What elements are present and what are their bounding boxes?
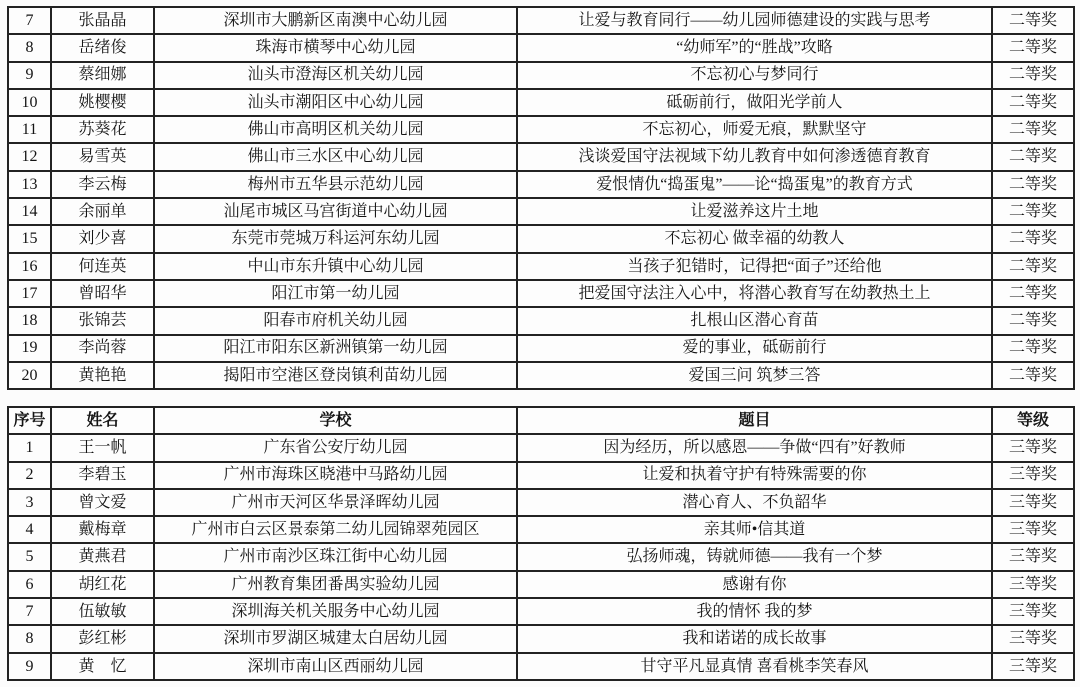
cell-no: 13	[8, 171, 51, 198]
table-row: 1 王一帆 广东省公安厅幼儿园 因为经历，所以感恩——争做“四有”好教师 三等奖	[8, 434, 1074, 461]
cell-no: 12	[8, 143, 51, 170]
cell-no: 9	[8, 653, 51, 680]
cell-no: 10	[8, 89, 51, 116]
cell-name: 胡红花	[51, 571, 154, 598]
third-prize-table: 序号 姓名 学校 题目 等级 1 王一帆 广东省公安厅幼儿园 因为经历，所以感恩…	[7, 406, 1075, 681]
cell-no: 8	[8, 34, 51, 61]
cell-award: 二等奖	[992, 253, 1074, 280]
cell-no: 19	[8, 335, 51, 362]
cell-school: 深圳市大鹏新区南澳中心幼儿园	[154, 7, 517, 34]
cell-school: 广州教育集团番禺实验幼儿园	[154, 571, 517, 598]
cell-award: 二等奖	[992, 198, 1074, 225]
cell-school: 佛山市三水区中心幼儿园	[154, 143, 517, 170]
header-cell-award: 等级	[992, 407, 1074, 434]
cell-title: 我和诺诺的成长故事	[517, 625, 992, 652]
cell-award: 三等奖	[992, 653, 1074, 680]
cell-title: 爱国三问 筑梦三答	[517, 362, 992, 389]
cell-name: 伍敏敏	[51, 598, 154, 625]
cell-school: 深圳海关机关服务中心幼儿园	[154, 598, 517, 625]
table-row: 8 岳绪俊 珠海市横琴中心幼儿园 “幼师军”的“胜战”攻略 二等奖	[8, 34, 1074, 61]
cell-school: 汕头市澄海区机关幼儿园	[154, 62, 517, 89]
cell-title: 让爱滋养这片土地	[517, 198, 992, 225]
header-cell-title: 题目	[517, 407, 992, 434]
cell-title: 让爱与教育同行——幼儿园师德建设的实践与思考	[517, 7, 992, 34]
cell-school: 深圳市南山区西丽幼儿园	[154, 653, 517, 680]
cell-name: 蔡细娜	[51, 62, 154, 89]
cell-school: 广东省公安厅幼儿园	[154, 434, 517, 461]
cell-title: 不忘初心与梦同行	[517, 62, 992, 89]
table-row: 15 刘少喜 东莞市莞城万科运河东幼儿园 不忘初心 做幸福的幼教人 二等奖	[8, 225, 1074, 252]
cell-no: 4	[8, 516, 51, 543]
cell-title: 感谢有你	[517, 571, 992, 598]
cell-school: 中山市东升镇中心幼儿园	[154, 253, 517, 280]
cell-title: 我的情怀 我的梦	[517, 598, 992, 625]
cell-no: 9	[8, 62, 51, 89]
table-row: 13 李云梅 梅州市五华县示范幼儿园 爱恨情仇“捣蛋鬼”——论“捣蛋鬼”的教育方…	[8, 171, 1074, 198]
cell-title: 当孩子犯错时，记得把“面子”还给他	[517, 253, 992, 280]
cell-award: 二等奖	[992, 171, 1074, 198]
cell-award: 二等奖	[992, 89, 1074, 116]
cell-school: 广州市海珠区晓港中马路幼儿园	[154, 462, 517, 489]
cell-title: 亲其师•信其道	[517, 516, 992, 543]
cell-no: 8	[8, 625, 51, 652]
table-row: 9 蔡细娜 汕头市澄海区机关幼儿园 不忘初心与梦同行 二等奖	[8, 62, 1074, 89]
table-row: 18 张锦芸 阳春市府机关幼儿园 扎根山区潜心育苗 二等奖	[8, 307, 1074, 334]
cell-name: 黄燕君	[51, 543, 154, 570]
cell-name: 刘少喜	[51, 225, 154, 252]
cell-name: 余丽单	[51, 198, 154, 225]
header-cell-no: 序号	[8, 407, 51, 434]
cell-title: 甘守平凡显真情 喜看桃李笑春风	[517, 653, 992, 680]
cell-school: 广州市白云区景泰第二幼儿园锦翠苑园区	[154, 516, 517, 543]
cell-school: 广州市南沙区珠江街中心幼儿园	[154, 543, 517, 570]
cell-award: 三等奖	[992, 543, 1074, 570]
cell-title: 因为经历，所以感恩——争做“四有”好教师	[517, 434, 992, 461]
cell-school: 阳江市第一幼儿园	[154, 280, 517, 307]
table-row: 11 苏葵花 佛山市高明区机关幼儿园 不忘初心，师爱无痕，默默坚守 二等奖	[8, 116, 1074, 143]
table-row: 3 曾文爱 广州市天河区华景泽晖幼儿园 潜心育人、不负韶华 三等奖	[8, 489, 1074, 516]
cell-no: 1	[8, 434, 51, 461]
cell-title: 爱恨情仇“捣蛋鬼”——论“捣蛋鬼”的教育方式	[517, 171, 992, 198]
cell-school: 佛山市高明区机关幼儿园	[154, 116, 517, 143]
cell-name: 王一帆	[51, 434, 154, 461]
cell-award: 三等奖	[992, 489, 1074, 516]
cell-no: 3	[8, 489, 51, 516]
cell-award: 二等奖	[992, 225, 1074, 252]
cell-name: 何连英	[51, 253, 154, 280]
cell-name: 彭红彬	[51, 625, 154, 652]
cell-no: 14	[8, 198, 51, 225]
cell-name: 黄艳艳	[51, 362, 154, 389]
cell-school: 阳江市阳东区新洲镇第一幼儿园	[154, 335, 517, 362]
table-row: 4 戴梅章 广州市白云区景泰第二幼儿园锦翠苑园区 亲其师•信其道 三等奖	[8, 516, 1074, 543]
cell-award: 二等奖	[992, 7, 1074, 34]
cell-name: 李尚蓉	[51, 335, 154, 362]
cell-title: 浅谈爱国守法视域下幼儿教育中如何渗透德育教育	[517, 143, 992, 170]
table-row: 10 姚樱樱 汕头市潮阳区中心幼儿园 砥砺前行，做阳光学前人 二等奖	[8, 89, 1074, 116]
cell-school: 深圳市罗湖区城建太白居幼儿园	[154, 625, 517, 652]
cell-award: 三等奖	[992, 516, 1074, 543]
cell-no: 7	[8, 598, 51, 625]
cell-no: 7	[8, 7, 51, 34]
cell-name: 李云梅	[51, 171, 154, 198]
cell-award: 二等奖	[992, 307, 1074, 334]
cell-title: 弘扬师魂，铸就师德——我有一个梦	[517, 543, 992, 570]
cell-name: 张锦芸	[51, 307, 154, 334]
cell-award: 三等奖	[992, 462, 1074, 489]
cell-no: 11	[8, 116, 51, 143]
cell-title: 潜心育人、不负韶华	[517, 489, 992, 516]
cell-name: 姚樱樱	[51, 89, 154, 116]
cell-title: 让爱和执着守护有特殊需要的你	[517, 462, 992, 489]
table-row: 7 伍敏敏 深圳海关机关服务中心幼儿园 我的情怀 我的梦 三等奖	[8, 598, 1074, 625]
table-row: 16 何连英 中山市东升镇中心幼儿园 当孩子犯错时，记得把“面子”还给他 二等奖	[8, 253, 1074, 280]
cell-school: 汕尾市城区马宫街道中心幼儿园	[154, 198, 517, 225]
cell-name: 曾昭华	[51, 280, 154, 307]
table-row: 9 黄 忆 深圳市南山区西丽幼儿园 甘守平凡显真情 喜看桃李笑春风 三等奖	[8, 653, 1074, 680]
table-row: 2 李碧玉 广州市海珠区晓港中马路幼儿园 让爱和执着守护有特殊需要的你 三等奖	[8, 462, 1074, 489]
table-row: 14 余丽单 汕尾市城区马宫街道中心幼儿园 让爱滋养这片土地 二等奖	[8, 198, 1074, 225]
cell-no: 5	[8, 543, 51, 570]
cell-school: 珠海市横琴中心幼儿园	[154, 34, 517, 61]
cell-no: 6	[8, 571, 51, 598]
cell-school: 广州市天河区华景泽晖幼儿园	[154, 489, 517, 516]
cell-school: 汕头市潮阳区中心幼儿园	[154, 89, 517, 116]
third-prize-table-header: 序号 姓名 学校 题目 等级	[8, 407, 1074, 434]
cell-no: 18	[8, 307, 51, 334]
cell-school: 梅州市五华县示范幼儿园	[154, 171, 517, 198]
cell-award: 二等奖	[992, 335, 1074, 362]
cell-award: 二等奖	[992, 116, 1074, 143]
cell-title: 砥砺前行，做阳光学前人	[517, 89, 992, 116]
cell-name: 岳绪俊	[51, 34, 154, 61]
cell-award: 二等奖	[992, 62, 1074, 89]
third-prize-table-body: 1 王一帆 广东省公安厅幼儿园 因为经历，所以感恩——争做“四有”好教师 三等奖…	[8, 434, 1074, 680]
table-row: 19 李尚蓉 阳江市阳东区新洲镇第一幼儿园 爱的事业，砥砺前行 二等奖	[8, 335, 1074, 362]
cell-award: 二等奖	[992, 280, 1074, 307]
cell-award: 三等奖	[992, 571, 1074, 598]
cell-award: 三等奖	[992, 598, 1074, 625]
header-cell-school: 学校	[154, 407, 517, 434]
cell-school: 阳春市府机关幼儿园	[154, 307, 517, 334]
cell-name: 苏葵花	[51, 116, 154, 143]
cell-no: 15	[8, 225, 51, 252]
cell-award: 三等奖	[992, 434, 1074, 461]
cell-title: 扎根山区潜心育苗	[517, 307, 992, 334]
table-row: 20 黄艳艳 揭阳市空港区登岗镇利苗幼儿园 爱国三问 筑梦三答 二等奖	[8, 362, 1074, 389]
cell-title: 不忘初心，师爱无痕，默默坚守	[517, 116, 992, 143]
cell-name: 张晶晶	[51, 7, 154, 34]
cell-no: 20	[8, 362, 51, 389]
cell-name: 曾文爱	[51, 489, 154, 516]
cell-no: 16	[8, 253, 51, 280]
scanned-document-page: 7 张晶晶 深圳市大鹏新区南澳中心幼儿园 让爱与教育同行——幼儿园师德建设的实践…	[0, 0, 1080, 687]
cell-title: 把爱国守法注入心中，将潜心教育写在幼教热土上	[517, 280, 992, 307]
cell-school: 东莞市莞城万科运河东幼儿园	[154, 225, 517, 252]
table-row: 7 张晶晶 深圳市大鹏新区南澳中心幼儿园 让爱与教育同行——幼儿园师德建设的实践…	[8, 7, 1074, 34]
cell-award: 二等奖	[992, 362, 1074, 389]
header-cell-name: 姓名	[51, 407, 154, 434]
cell-title: 爱的事业，砥砺前行	[517, 335, 992, 362]
cell-no: 17	[8, 280, 51, 307]
cell-title: “幼师军”的“胜战”攻略	[517, 34, 992, 61]
table-row: 6 胡红花 广州教育集团番禺实验幼儿园 感谢有你 三等奖	[8, 571, 1074, 598]
cell-name: 易雪英	[51, 143, 154, 170]
cell-name: 戴梅章	[51, 516, 154, 543]
table-row: 5 黄燕君 广州市南沙区珠江街中心幼儿园 弘扬师魂，铸就师德——我有一个梦 三等…	[8, 543, 1074, 570]
cell-name: 李碧玉	[51, 462, 154, 489]
table-row: 17 曾昭华 阳江市第一幼儿园 把爱国守法注入心中，将潜心教育写在幼教热土上 二…	[8, 280, 1074, 307]
cell-school: 揭阳市空港区登岗镇利苗幼儿园	[154, 362, 517, 389]
second-prize-table-body: 7 张晶晶 深圳市大鹏新区南澳中心幼儿园 让爱与教育同行——幼儿园师德建设的实践…	[8, 7, 1074, 389]
header-row: 序号 姓名 学校 题目 等级	[8, 407, 1074, 434]
table-row: 12 易雪英 佛山市三水区中心幼儿园 浅谈爱国守法视域下幼儿教育中如何渗透德育教…	[8, 143, 1074, 170]
cell-no: 2	[8, 462, 51, 489]
second-prize-table: 7 张晶晶 深圳市大鹏新区南澳中心幼儿园 让爱与教育同行——幼儿园师德建设的实践…	[7, 6, 1075, 390]
cell-award: 二等奖	[992, 143, 1074, 170]
cell-award: 二等奖	[992, 34, 1074, 61]
table-row: 8 彭红彬 深圳市罗湖区城建太白居幼儿园 我和诺诺的成长故事 三等奖	[8, 625, 1074, 652]
cell-title: 不忘初心 做幸福的幼教人	[517, 225, 992, 252]
cell-name: 黄 忆	[51, 653, 154, 680]
cell-award: 三等奖	[992, 625, 1074, 652]
